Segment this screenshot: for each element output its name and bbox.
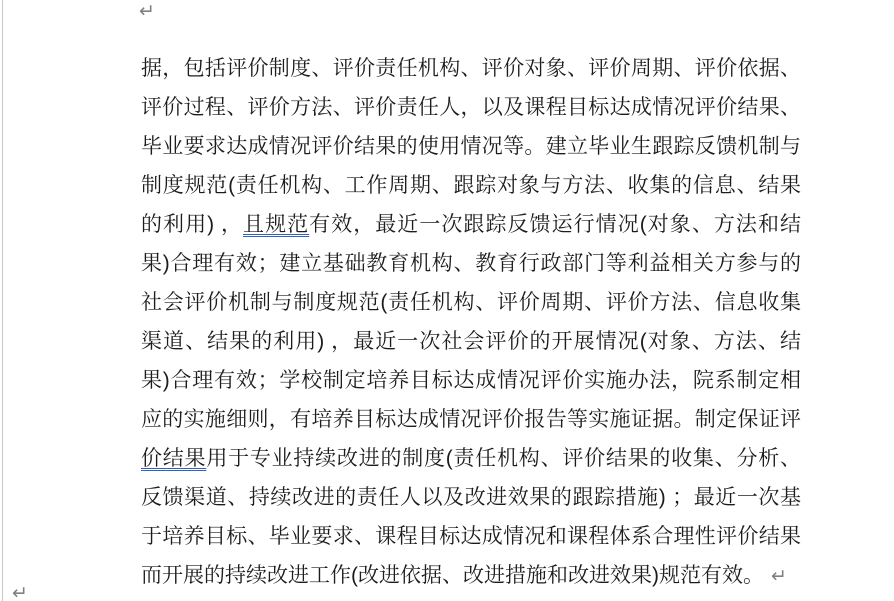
- grammar-flagged-text[interactable]: 且规范: [243, 213, 309, 236]
- text-line[interactable]: 价结果用于专业持续改进的制度(责任机构、评价结果的收集、分析、: [141, 439, 801, 478]
- text-segment: 果)合理有效；建立基础教育机构、教育行政部门等利益相关方参与的: [141, 252, 801, 275]
- text-line[interactable]: 社会评价机制与制度规范(责任机构、评价周期、评价方法、信息收集: [141, 283, 801, 322]
- text-segment: 有效，最近一次跟踪反馈运行情况(对象、方法和结: [309, 213, 801, 236]
- text-segment: 的利用) ，: [141, 213, 243, 236]
- text-line[interactable]: 的利用) ，且规范有效，最近一次跟踪反馈运行情况(对象、方法和结: [141, 205, 801, 244]
- paragraph-mark-end: ↵: [764, 565, 787, 587]
- text-line[interactable]: 反馈渠道、持续改进的责任人以及改进效果的跟踪措施) ；最近一次基: [141, 478, 801, 517]
- text-segment: 渠道、结果的利用) ，最近一次社会评价的开展情况(对象、方法、结: [141, 330, 801, 353]
- text-line[interactable]: 据，包括评价制度、评价责任机构、评价对象、评价周期、评价依据、: [141, 49, 801, 88]
- text-segment: 反馈渠道、持续改进的责任人以及改进效果的跟踪措施) ；最近一次基: [141, 486, 801, 509]
- text-line[interactable]: 果)合理有效；学校制定培养目标达成情况评价实施办法，院系制定相: [141, 361, 801, 400]
- text-segment: 应的实施细则，有培养目标达成情况评价报告等实施证据。制定保证评: [141, 408, 801, 431]
- paragraph-text[interactable]: 据，包括评价制度、评价责任机构、评价对象、评价周期、评价依据、评价过程、评价方法…: [141, 49, 801, 595]
- paragraph-mark-top: ↵: [139, 2, 155, 21]
- document-page: ↵ 据，包括评价制度、评价责任机构、评价对象、评价周期、评价依据、评价过程、评价…: [0, 0, 894, 601]
- text-line[interactable]: 应的实施细则，有培养目标达成情况评价报告等实施证据。制定保证评: [141, 400, 801, 439]
- text-segment: 果)合理有效；学校制定培养目标达成情况评价实施办法，院系制定相: [141, 369, 801, 392]
- text-segment: 社会评价机制与制度规范(责任机构、评价周期、评价方法、信息收集: [141, 291, 801, 314]
- text-segment: 评价过程、评价方法、评价责任人，以及课程目标达成情况评价结果、: [141, 96, 801, 119]
- text-line[interactable]: 制度规范(责任机构、工作周期、跟踪对象与方法、收集的信息、结果: [141, 166, 801, 205]
- page-left-edge-line: [2, 0, 3, 601]
- text-line[interactable]: 于培养目标、毕业要求、课程目标达成情况和课程体系合理性评价结果: [141, 517, 801, 556]
- text-line[interactable]: 果)合理有效；建立基础教育机构、教育行政部门等利益相关方参与的: [141, 244, 801, 283]
- text-segment: 制度规范(责任机构、工作周期、跟踪对象与方法、收集的信息、结果: [141, 174, 801, 197]
- text-line[interactable]: 评价过程、评价方法、评价责任人，以及课程目标达成情况评价结果、: [141, 88, 801, 127]
- text-line[interactable]: 毕业要求达成情况评价结果的使用情况等。建立毕业生跟踪反馈机制与: [141, 127, 801, 166]
- text-segment: 而开展的持续改进工作(改进依据、改进措施和改进效果)规范有效。: [141, 564, 764, 587]
- text-segment: 用于专业持续改进的制度(责任机构、评价结果的收集、分析、: [206, 447, 801, 470]
- paragraph-mark-bottom-left: ↵: [12, 584, 28, 601]
- text-segment: 毕业要求达成情况评价结果的使用情况等。建立毕业生跟踪反馈机制与: [141, 135, 801, 158]
- text-segment: 据，包括评价制度、评价责任机构、评价对象、评价周期、评价依据、: [141, 57, 801, 80]
- text-segment: 于培养目标、毕业要求、课程目标达成情况和课程体系合理性评价结果: [141, 525, 801, 548]
- text-line[interactable]: 而开展的持续改进工作(改进依据、改进措施和改进效果)规范有效。↵: [141, 556, 801, 595]
- text-line[interactable]: 渠道、结果的利用) ，最近一次社会评价的开展情况(对象、方法、结: [141, 322, 801, 361]
- grammar-flagged-text[interactable]: 价结果: [141, 447, 206, 470]
